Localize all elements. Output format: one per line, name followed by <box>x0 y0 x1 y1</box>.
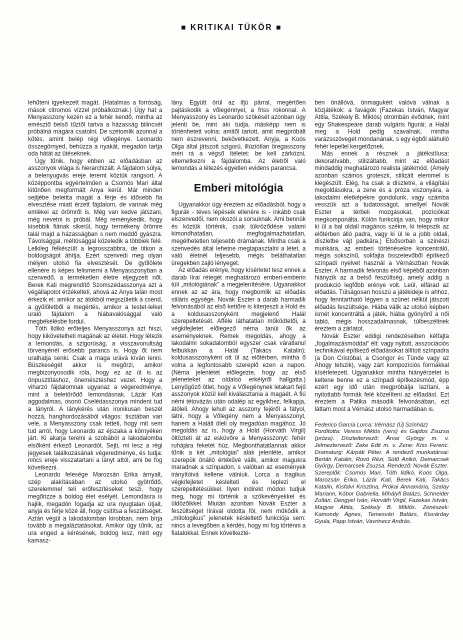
section-heading: Emberi mitológia <box>171 182 305 194</box>
body-paragraph: ben önállóvá, önmagukért valóvá válnak a… <box>315 99 449 150</box>
body-paragraph: Más ennek a résznek a játékstílusa: deko… <box>315 150 449 332</box>
column-left: lehűteni igyekezett magát. (Hatalmas a f… <box>28 99 162 544</box>
body-paragraph: Tóth Ildikó erőteljes Menyasszonya azt h… <box>28 325 162 471</box>
column-right: ben önállóvá, önmagukért valóvá válnak a… <box>315 99 449 544</box>
credits-crew: Fordította: Veress Miklós (vers) és Gajd… <box>315 429 449 470</box>
credits-cast: Szereplők: Csomós Mari, Tóth Ildikó, Koó… <box>315 470 449 525</box>
body-paragraph: Az előadás erénye, hogy kísérletet tesz … <box>171 267 305 537</box>
body-paragraph: Ugyanakkor úgy éreztem az előadásból, ho… <box>171 201 305 267</box>
production-credits: Federico García Lorca: Vérnász (Új Szính… <box>315 422 449 525</box>
body-paragraph: Leonardo felesége Marozsán Erika árnyalt… <box>28 471 162 544</box>
article-body: lehűteni igyekezett magát. (Hatalmas a f… <box>28 99 449 544</box>
running-head: ■ KRITIKAI TÜKÖR ■ <box>0 23 463 32</box>
column-middle: lány. Együtt örül az ifjú párral, megért… <box>171 99 305 544</box>
body-paragraph: Novák Eszter eddigi rendezéseiben kétfaj… <box>315 333 449 413</box>
body-paragraph: Úgy tűnik, hogy ebben az előadásban az a… <box>28 157 162 325</box>
body-paragraph: lehűteni igyekezett magát. (Hatalmas a f… <box>28 99 162 157</box>
credits-title: Federico García Lorca: Vérnász (Új Szính… <box>315 422 449 429</box>
magazine-page: ■ KRITIKAI TÜKÖR ■ lehűteni igyekezett m… <box>0 0 463 640</box>
body-paragraph: lány. Együtt örül az ifjú párral, megért… <box>171 99 305 172</box>
